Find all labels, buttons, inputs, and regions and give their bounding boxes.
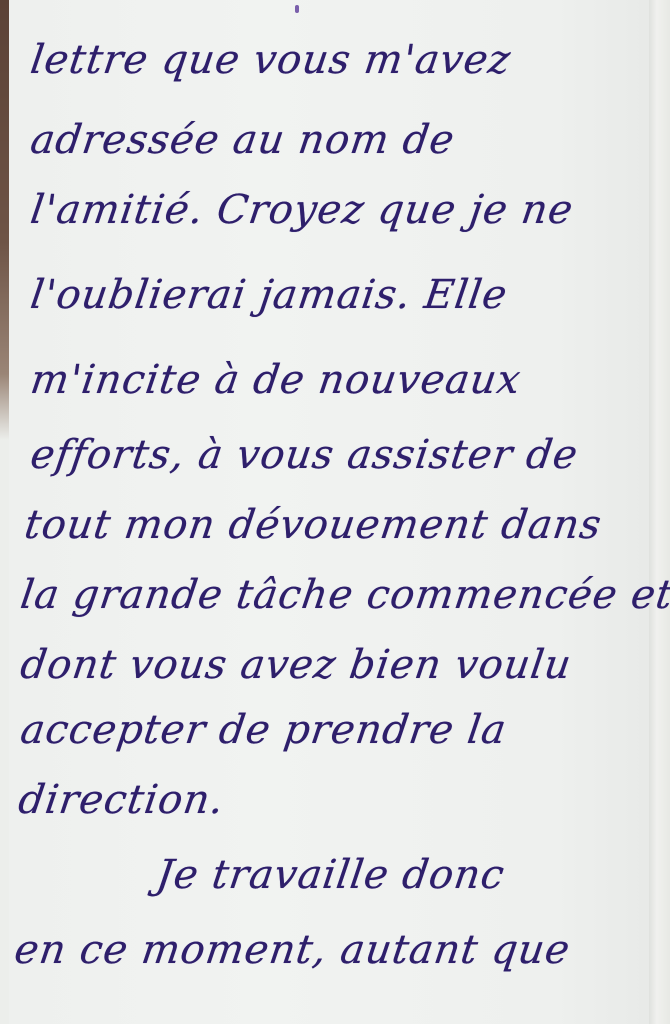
handwritten-line: en ce moment, autant que <box>12 930 573 970</box>
handwritten-line: direction. <box>16 780 227 820</box>
handwritten-line: l'oublierai jamais. Elle <box>28 275 510 315</box>
handwritten-line: efforts, à vous assister de <box>28 435 580 475</box>
underlying-page-edge <box>648 0 670 1024</box>
handwritten-line: adressée au nom de <box>28 120 457 160</box>
manuscript-photo: lettre que vous m'avez adressée au nom d… <box>0 0 670 1024</box>
handwritten-line-indented: Je travaille donc <box>154 855 507 895</box>
handwritten-line: lettre que vous m'avez <box>28 40 513 80</box>
letter-page: lettre que vous m'avez adressée au nom d… <box>9 0 649 1024</box>
handwritten-line: m'incite à de nouveaux <box>28 360 523 400</box>
handwritten-line: accepter de prendre la <box>18 710 509 750</box>
ink-mark <box>295 5 299 13</box>
handwritten-line: la grande tâche commencée et <box>18 575 670 615</box>
handwritten-line: dont vous avez bien voulu <box>18 645 574 685</box>
handwritten-line: tout mon dévouement dans <box>22 505 604 545</box>
handwritten-line: l'amitié. Croyez que je ne <box>28 190 576 230</box>
